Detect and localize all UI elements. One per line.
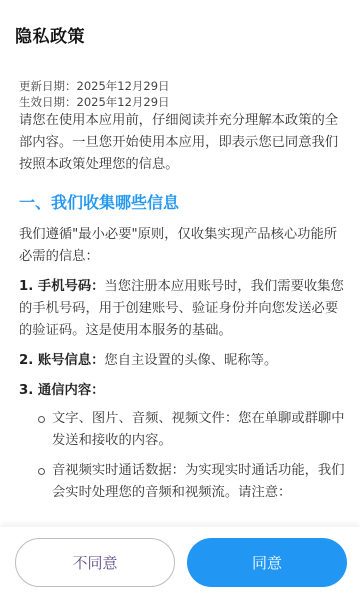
agree-button[interactable]: 同意 bbox=[187, 538, 347, 587]
page-title: 隐私政策 bbox=[15, 22, 85, 47]
item-label: 3. 通信内容： bbox=[19, 383, 104, 398]
section-heading-collect: 一、我们收集哪些信息 bbox=[19, 192, 345, 214]
circle-bullet-icon bbox=[38, 468, 45, 475]
disagree-button[interactable]: 不同意 bbox=[15, 538, 175, 587]
item-label: 1. 手机号码： bbox=[19, 279, 104, 294]
header: 隐私政策 bbox=[0, 0, 360, 62]
updated-date: 更新日期：2025年12月29日 bbox=[19, 78, 345, 94]
sublist-item: 音视频实时通话数据：为实现实时通话功能，我们会实时处理您的音频和视频流。请注意： bbox=[37, 460, 345, 504]
list-item-communication: 3. 通信内容： bbox=[19, 380, 345, 402]
intro-paragraph: 请您在使用本应用前，仔细阅读并充分理解本政策的全部内容。一旦您开始使用本应用，即… bbox=[19, 110, 345, 176]
effective-date: 生效日期：2025年12月29日 bbox=[19, 94, 345, 110]
footer-actions: 不同意 同意 bbox=[0, 527, 360, 600]
communication-sublist: 文字、图片、音频、视频文件：您在单聊或群聊中发送和接收的内容。 音视频实时通话数… bbox=[19, 408, 345, 504]
item-label: 2. 账号信息： bbox=[19, 353, 104, 368]
list-item-phone: 1. 手机号码：当您注册本应用账号时，我们需要收集您的手机号码，用于创建账号、验… bbox=[19, 276, 345, 342]
sublist-item-text: 文字、图片、音频、视频文件：您在单聊或群聊中发送和接收的内容。 bbox=[52, 411, 345, 448]
section-lead: 我们遵循"最小必要"原则，仅收集实现产品核心功能所必需的信息： bbox=[19, 224, 345, 268]
policy-content-scroll[interactable]: 更新日期：2025年12月29日 生效日期：2025年12月29日 请您在使用本… bbox=[0, 62, 360, 528]
list-item-account: 2. 账号信息：您自主设置的头像、昵称等。 bbox=[19, 350, 345, 372]
sublist-item-text: 音视频实时通话数据：为实现实时通话功能，我们会实时处理您的音频和视频流。请注意： bbox=[52, 463, 345, 500]
item-text: 您自主设置的头像、昵称等。 bbox=[104, 353, 277, 368]
sublist-item: 文字、图片、音频、视频文件：您在单聊或群聊中发送和接收的内容。 bbox=[37, 408, 345, 452]
circle-bullet-icon bbox=[38, 416, 45, 423]
